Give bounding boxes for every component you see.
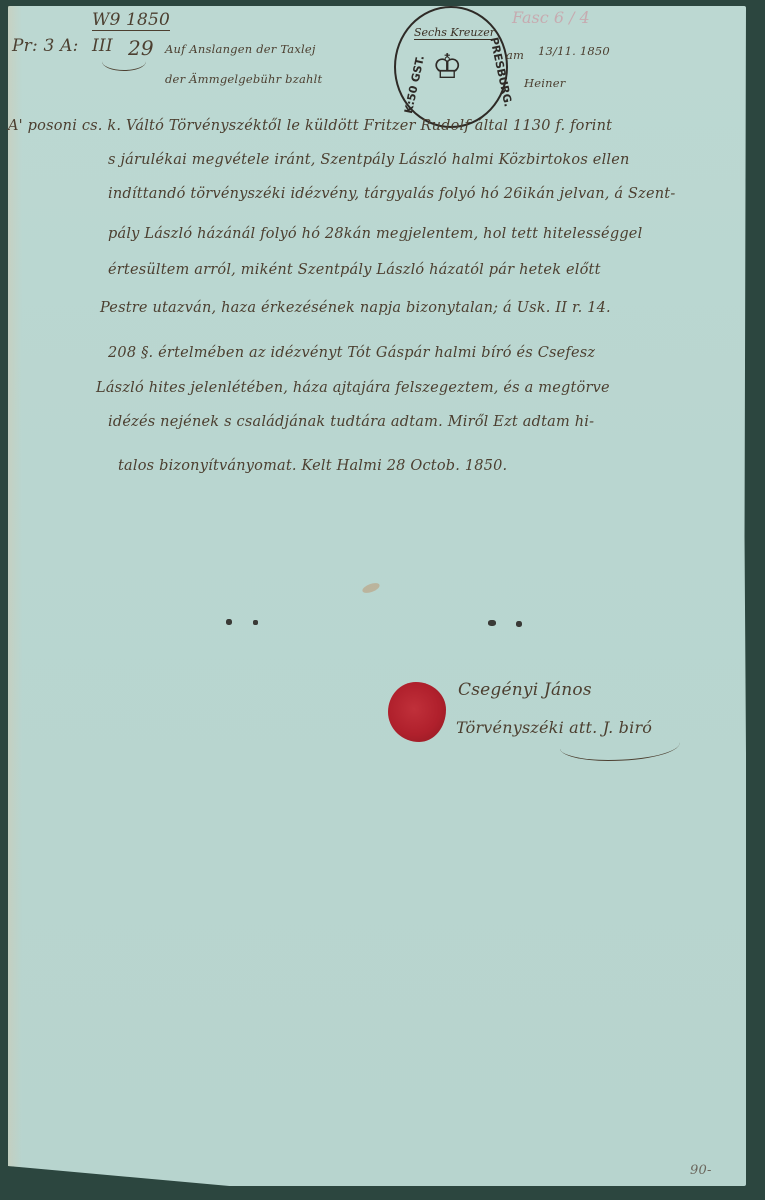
document-paper — [8, 6, 746, 1186]
reference-flourish — [102, 52, 146, 71]
body-line-1: A' posoni cs. k. Váltó Törvényszéktől le… — [8, 118, 612, 134]
stamp-date-prefix: am — [506, 48, 524, 62]
german-note-line2: der Ämmgelgebühr bzahlt — [165, 72, 322, 86]
body-line-7: 208 §. értelmében az idézvényt Tót Gáspá… — [108, 345, 595, 361]
tax-stamp: Sechs Kreuzer ♔ K:50 GST. PRESBURG. — [394, 6, 508, 128]
body-line-9: idézés nejének s családjának tudtára adt… — [108, 414, 594, 430]
body-line-3: indíttandó törvényszéki idézvény, tárgya… — [108, 186, 675, 202]
body-line-10: talos bizonyítványomat. Kelt Halmi 28 Oc… — [118, 458, 507, 474]
red-wax-seal — [388, 682, 446, 742]
reference-prefix: Pr: 3 A: — [12, 36, 79, 56]
ink-blot — [226, 619, 232, 625]
signature-line1: Csegényi János — [458, 680, 592, 700]
body-line-6: Pestre utazván, haza érkezésének napja b… — [100, 300, 611, 316]
pink-archive-note: Fasc 6 / 4 — [512, 8, 590, 27]
body-line-4: pály László házánál folyó hó 28kán megje… — [108, 226, 642, 242]
page-mark: 90- — [690, 1163, 712, 1178]
ink-blot — [516, 621, 522, 627]
german-note-line1: Auf Anslangen der Taxlej — [165, 42, 316, 56]
reference-top-left: W9 — [92, 10, 127, 31]
ink-blot — [488, 620, 496, 626]
body-line-5: értesültem arról, miként Szentpály Lászl… — [108, 262, 601, 278]
stamp-value-text: Sechs Kreuzer — [414, 26, 495, 40]
ink-blot — [253, 620, 258, 625]
stamp-date: 13/11. 1850 — [538, 44, 610, 58]
double-headed-eagle-icon: ♔ — [432, 50, 462, 84]
stamp-signature: Heiner — [524, 76, 565, 90]
stamp-left-text: K:50 GST. — [402, 54, 427, 114]
body-line-2: s járulékai megvétele iránt, Szentpály L… — [108, 152, 630, 168]
reference-top-right: 1850 — [126, 10, 170, 31]
body-line-8: László hites jelenlétében, háza ajtajára… — [96, 380, 610, 396]
